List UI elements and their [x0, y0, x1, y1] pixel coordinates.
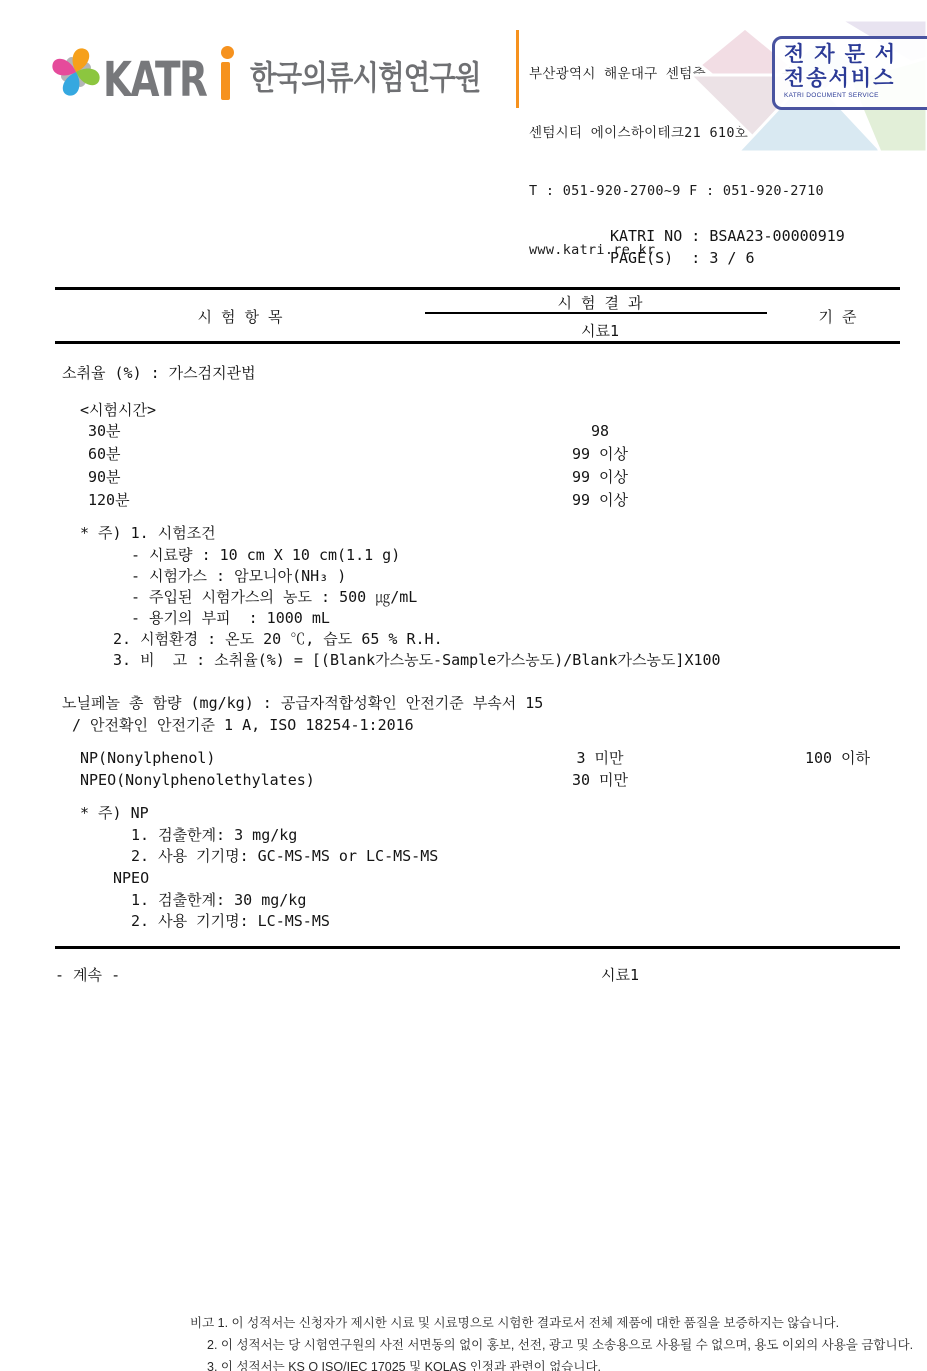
- analyte-value: 30 미만: [425, 772, 775, 789]
- brand-i-mark: [221, 62, 230, 100]
- continuation-sample: 시료1: [425, 967, 815, 984]
- analyte-value: 3 미만: [425, 750, 775, 767]
- result-underline: [425, 312, 767, 314]
- note-line: - 시험가스 : 암모니아(NH₃ ): [131, 568, 346, 585]
- section1-subtitle: <시험시간>: [80, 402, 156, 419]
- test-time-label: 120분: [88, 492, 130, 509]
- note-line: * 주) NP: [80, 805, 149, 822]
- test-time-label: 30분: [88, 423, 121, 440]
- col-sample: 시료1: [425, 320, 775, 341]
- section2-title: 노닐페놀 총 함량 (mg/kg) : 공급자적합성확인 안전기준 부속서 15: [62, 695, 543, 712]
- note-line: 2. 사용 기기명: GC-MS-MS or LC-MS-MS: [131, 848, 438, 865]
- address-line-3: T : 051-920-2700~9 F : 051-920-2710: [529, 182, 824, 202]
- note-line: NPEO: [113, 870, 149, 887]
- section2-title-2: / 안전확인 안전기준 1 A, ISO 18254-1:2016: [72, 717, 414, 734]
- col-standard: 기 준: [780, 306, 895, 327]
- col-test-result: 시 험 결 과: [425, 292, 775, 313]
- note-line: 2. 사용 기기명: LC-MS-MS: [131, 913, 330, 930]
- analyte-standard: 100 이하: [780, 750, 895, 767]
- rule-bottom: [55, 946, 900, 949]
- test-time-value: 99 이상: [425, 492, 775, 509]
- doc-number: KATRI NO : BSAA23-00000919: [610, 228, 845, 245]
- test-time-label: 60분: [88, 446, 121, 463]
- footer-note-line: 3. 이 성적서는 KS Q ISO/IEC 17025 및 KOLAS 인정과…: [207, 1360, 601, 1371]
- brand-korean: 한국의류시험연구원: [250, 58, 481, 98]
- note-line: - 시료량 : 10 cm X 10 cm(1.1 g): [131, 547, 400, 564]
- note-line: - 주입된 시험가스의 농도 : 500 ㎍/mL: [131, 589, 417, 606]
- katri-pinwheel-icon: [46, 42, 106, 102]
- note-line: * 주) 1. 시험조건: [80, 525, 216, 542]
- analyte-label: NPEO(Nonylphenolethylates): [80, 772, 315, 789]
- note-line: 1. 검출한계: 30 mg/kg: [131, 892, 306, 909]
- brand-text: KATR: [103, 56, 206, 104]
- page-number: PAGE(S) : 3 / 6: [610, 250, 755, 267]
- stamp-line-2: 전송서비스: [784, 67, 927, 91]
- col-test-item: 시 험 항 목: [55, 306, 425, 327]
- analyte-label: NP(Nonylphenol): [80, 750, 215, 767]
- test-time-value: 99 이상: [425, 446, 775, 463]
- test-time-label: 90분: [88, 469, 121, 486]
- rule-header-bottom: [55, 341, 900, 344]
- edoc-stamp: 전자문서 전송서비스 KATRI DOCUMENT SERVICE: [772, 36, 927, 110]
- footer-note-line: 2. 이 성적서는 당 시험연구원의 사전 서면동의 없이 홍보, 선전, 광고…: [207, 1338, 913, 1353]
- section1-title: 소취율 (%) : 가스검지관법: [62, 365, 256, 382]
- test-time-value: 98: [425, 423, 775, 440]
- stamp-line-1: 전자문서: [784, 43, 927, 67]
- rule-top: [55, 287, 900, 290]
- note-line: 3. 비 고 : 소취율(%) = [(Blank가스농도-Sample가스농도…: [113, 652, 721, 669]
- test-time-value: 99 이상: [425, 469, 775, 486]
- stamp-line-3: KATRI DOCUMENT SERVICE: [784, 91, 927, 101]
- footer-note-line: 비고 1. 이 성적서는 신청자가 제시한 시료 및 시료명으로 시험한 결과로…: [190, 1316, 839, 1331]
- report-page: KATR 한국의류시험연구원 부산광역시 해운대구 센텀중앙로 48(우동) 센…: [0, 0, 927, 1371]
- header-logo: KATR 한국의류시험연구원: [0, 0, 520, 120]
- note-line: 1. 검출한계: 3 mg/kg: [131, 827, 297, 844]
- note-line: 2. 시험환경 : 온도 20 ℃, 습도 65 % R.H.: [113, 631, 443, 648]
- continuation-marker: - 계속 -: [55, 967, 120, 984]
- note-line: - 용기의 부피 : 1000 mL: [131, 610, 330, 627]
- header-divider: [516, 30, 519, 108]
